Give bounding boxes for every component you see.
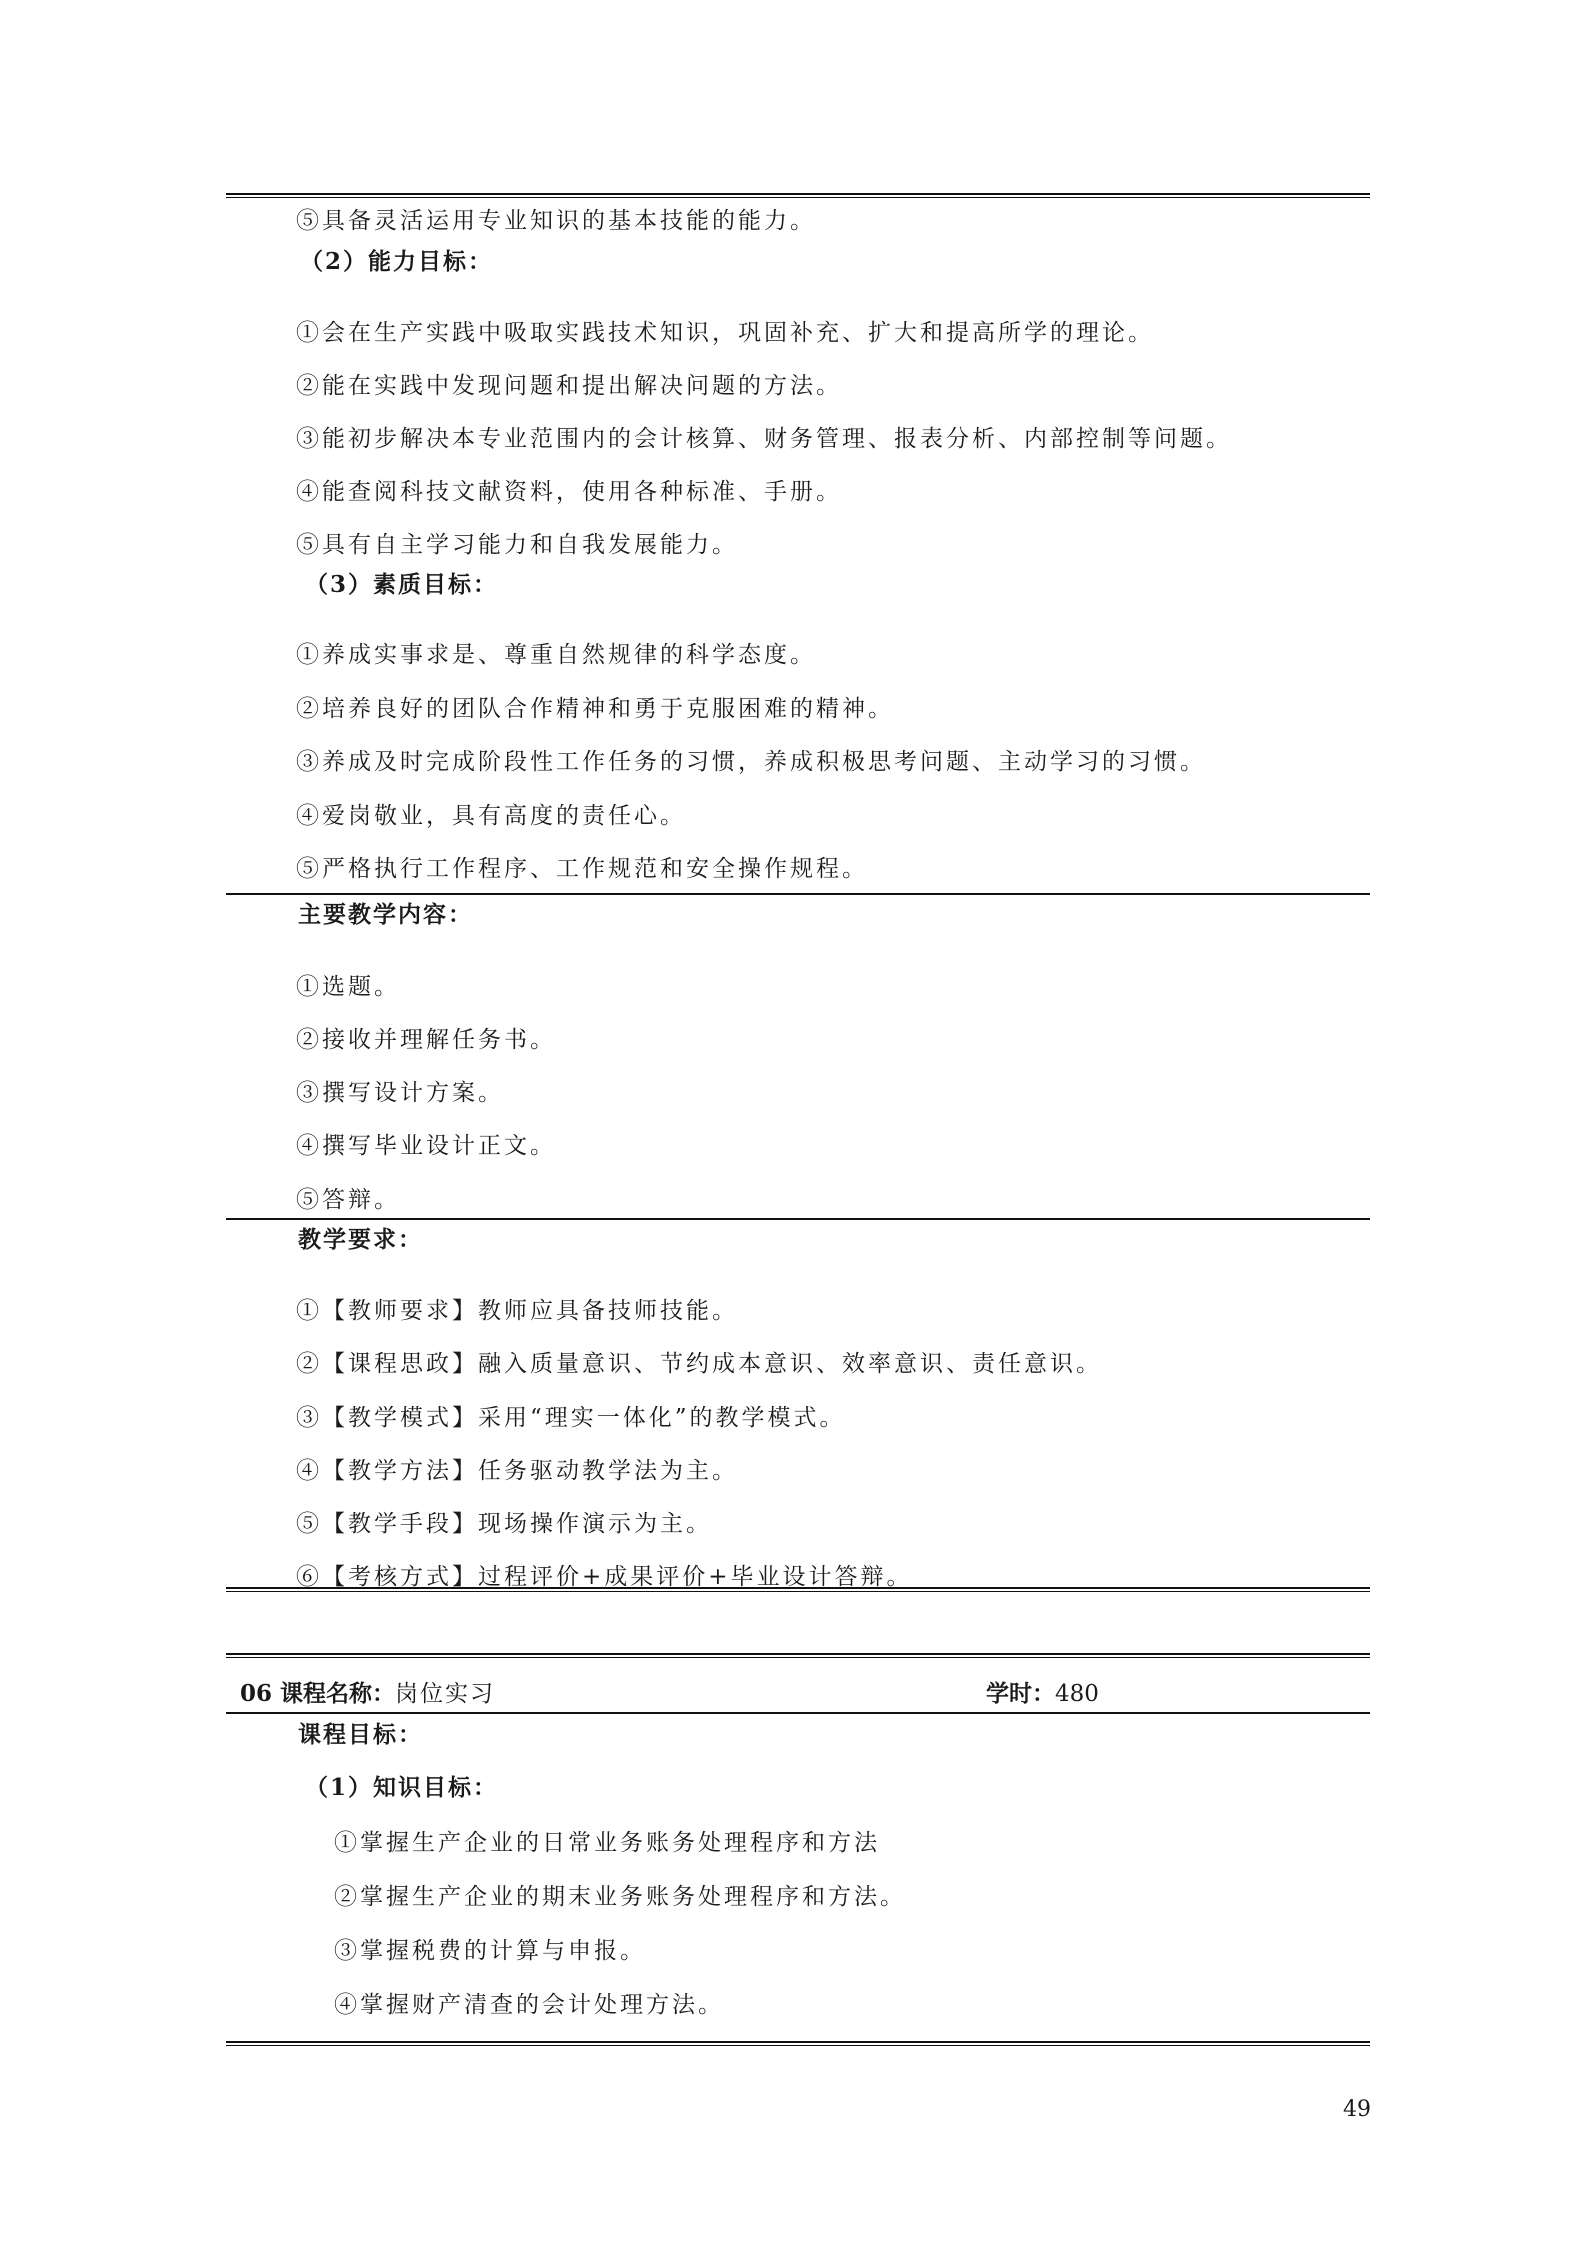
main-content-heading: 主要教学内容： (298, 900, 473, 930)
course-hours-label: 学时： (986, 1680, 1055, 1707)
table-bottom-double-rule (226, 2041, 1370, 2046)
teaching-req-item-1: ①【教师要求】教师应具备技师技能。 (296, 1296, 738, 1326)
teaching-req-item-2: ②【课程思政】融入质量意识、节约成本意识、效率意识、责任意识。 (296, 1349, 1102, 1379)
teaching-req-item-5: ⑤【教学手段】现场操作演示为主。 (296, 1509, 712, 1539)
main-content-item-3: ③撰写设计方案。 (296, 1078, 504, 1108)
quality-goals-heading: （3）素质目标： (305, 570, 498, 600)
course-knowledge-item-1: ①掌握生产企业的日常业务账务处理程序和方法 (334, 1828, 880, 1858)
knowledge-goals-heading: （1）知识目标： (305, 1773, 498, 1803)
main-content-item-2: ②接收并理解任务书。 (296, 1025, 556, 1055)
table-row-divider (226, 1218, 1370, 1220)
teaching-req-item-4: ④【教学方法】任务驱动教学法为主。 (296, 1456, 738, 1486)
table-row-divider (226, 893, 1370, 895)
quality-item-3: ③养成及时完成阶段性工作任务的习惯，养成积极思考问题、主动学习的习惯。 (296, 747, 1206, 777)
course-goals-heading: 课程目标： (298, 1720, 423, 1750)
knowledge-item-5: ⑤具备灵活运用专业知识的基本技能的能力。 (296, 206, 816, 236)
main-content-item-4: ④撰写毕业设计正文。 (296, 1131, 556, 1161)
course-hours-value: 480 (1055, 1681, 1099, 1707)
teaching-req-item-3: ③【教学模式】采用“理实一体化”的教学模式。 (296, 1403, 846, 1433)
quality-item-4: ④爱岗敬业，具有高度的责任心。 (296, 801, 686, 831)
main-content-item-5: ⑤答辩。 (296, 1185, 400, 1215)
table-row-divider (226, 1712, 1370, 1714)
ability-item-3: ③能初步解决本专业范围内的会计核算、财务管理、报表分析、内部控制等问题。 (296, 424, 1232, 454)
course-name: 岗位实习 (395, 1681, 495, 1707)
document-page: ⑤具备灵活运用专业知识的基本技能的能力。 （2）能力目标： ①会在生产实践中吸取… (0, 0, 1587, 2245)
table-top-double-rule (226, 193, 1370, 198)
course-knowledge-item-3: ③掌握税费的计算与申报。 (334, 1936, 646, 1966)
quality-item-2: ②培养良好的团队合作精神和勇于克服困难的精神。 (296, 694, 894, 724)
main-content-item-1: ①选题。 (296, 972, 400, 1002)
ability-goals-heading: （2）能力目标： (300, 247, 493, 277)
table-top-double-rule (226, 1653, 1370, 1658)
course-knowledge-item-4: ④掌握财产清查的会计处理方法。 (334, 1990, 724, 2020)
table-bottom-double-rule (226, 1587, 1370, 1592)
page-number: 49 (1343, 2096, 1371, 2124)
ability-item-4: ④能查阅科技文献资料，使用各种标准、手册。 (296, 477, 842, 507)
quality-item-5: ⑤严格执行工作程序、工作规范和安全操作规程。 (296, 854, 868, 884)
ability-item-1: ①会在生产实践中吸取实践技术知识，巩固补充、扩大和提高所学的理论。 (296, 318, 1154, 348)
ability-item-2: ②能在实践中发现问题和提出解决问题的方法。 (296, 371, 842, 401)
ability-item-5: ⑤具有自主学习能力和自我发展能力。 (296, 530, 738, 560)
quality-item-1: ①养成实事求是、尊重自然规律的科学态度。 (296, 640, 816, 670)
teaching-requirements-heading: 教学要求： (298, 1225, 423, 1255)
course-number-label: 06 课程名称： (240, 1680, 395, 1707)
course-knowledge-item-2: ②掌握生产企业的期末业务账务处理程序和方法。 (334, 1882, 906, 1912)
